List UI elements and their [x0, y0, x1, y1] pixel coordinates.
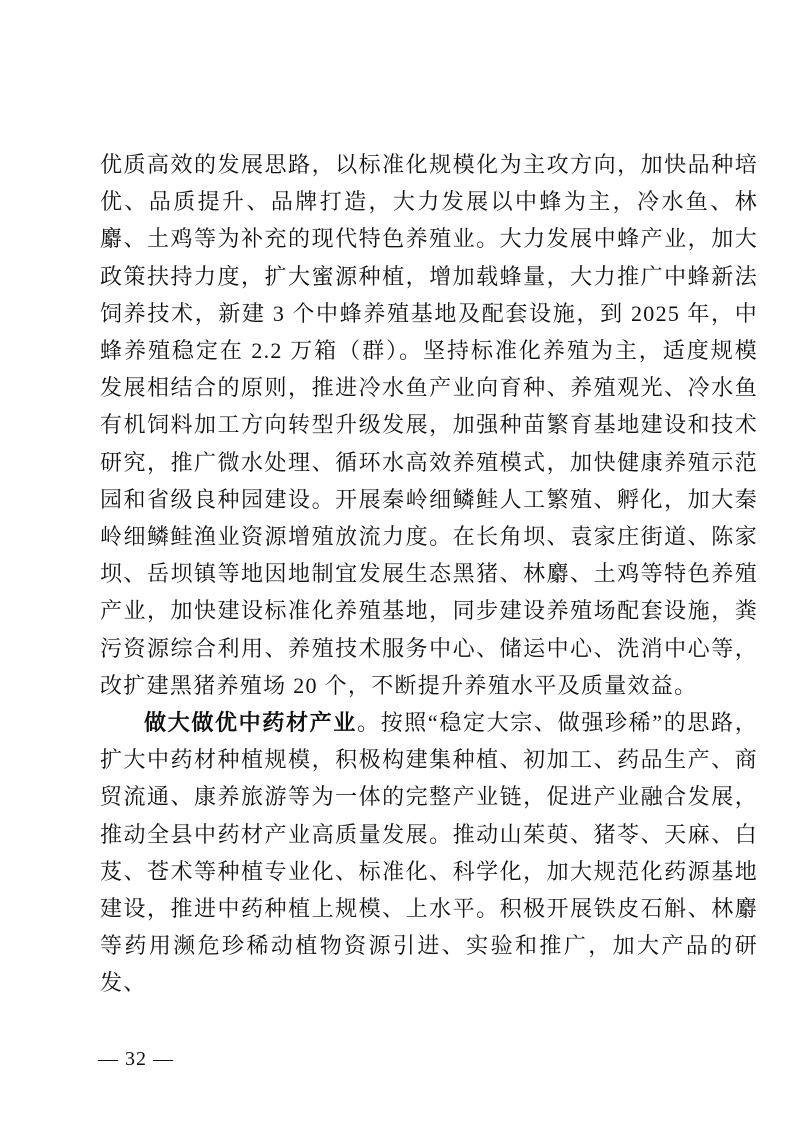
paragraph-text: 。按照“稳定大宗、做强珍稀”的思路，扩大中药材种植规模，积极构建集种植、初加工、… [100, 710, 758, 995]
page-number: — 32 — [98, 1048, 174, 1071]
text-block: 优质高效的发展思路，以标准化规模化为主攻方向，加快品种培优、品质提升、品牌打造，… [100, 146, 758, 1002]
paragraph-text: 优质高效的发展思路，以标准化规模化为主攻方向，加快品种培优、品质提升、品牌打造，… [100, 152, 758, 698]
paragraph-aquaculture: 优质高效的发展思路，以标准化规模化为主攻方向，加快品种培优、品质提升、品牌打造，… [100, 146, 758, 704]
paragraph-lead-heading: 做大做优中药材产业 [144, 710, 357, 735]
document-page: 优质高效的发展思路，以标准化规模化为主攻方向，加快品种培优、品质提升、品牌打造，… [0, 0, 793, 1122]
paragraph-herbal-medicine: 做大做优中药材产业。按照“稳定大宗、做强珍稀”的思路，扩大中药材种植规模，积极构… [100, 704, 758, 1002]
